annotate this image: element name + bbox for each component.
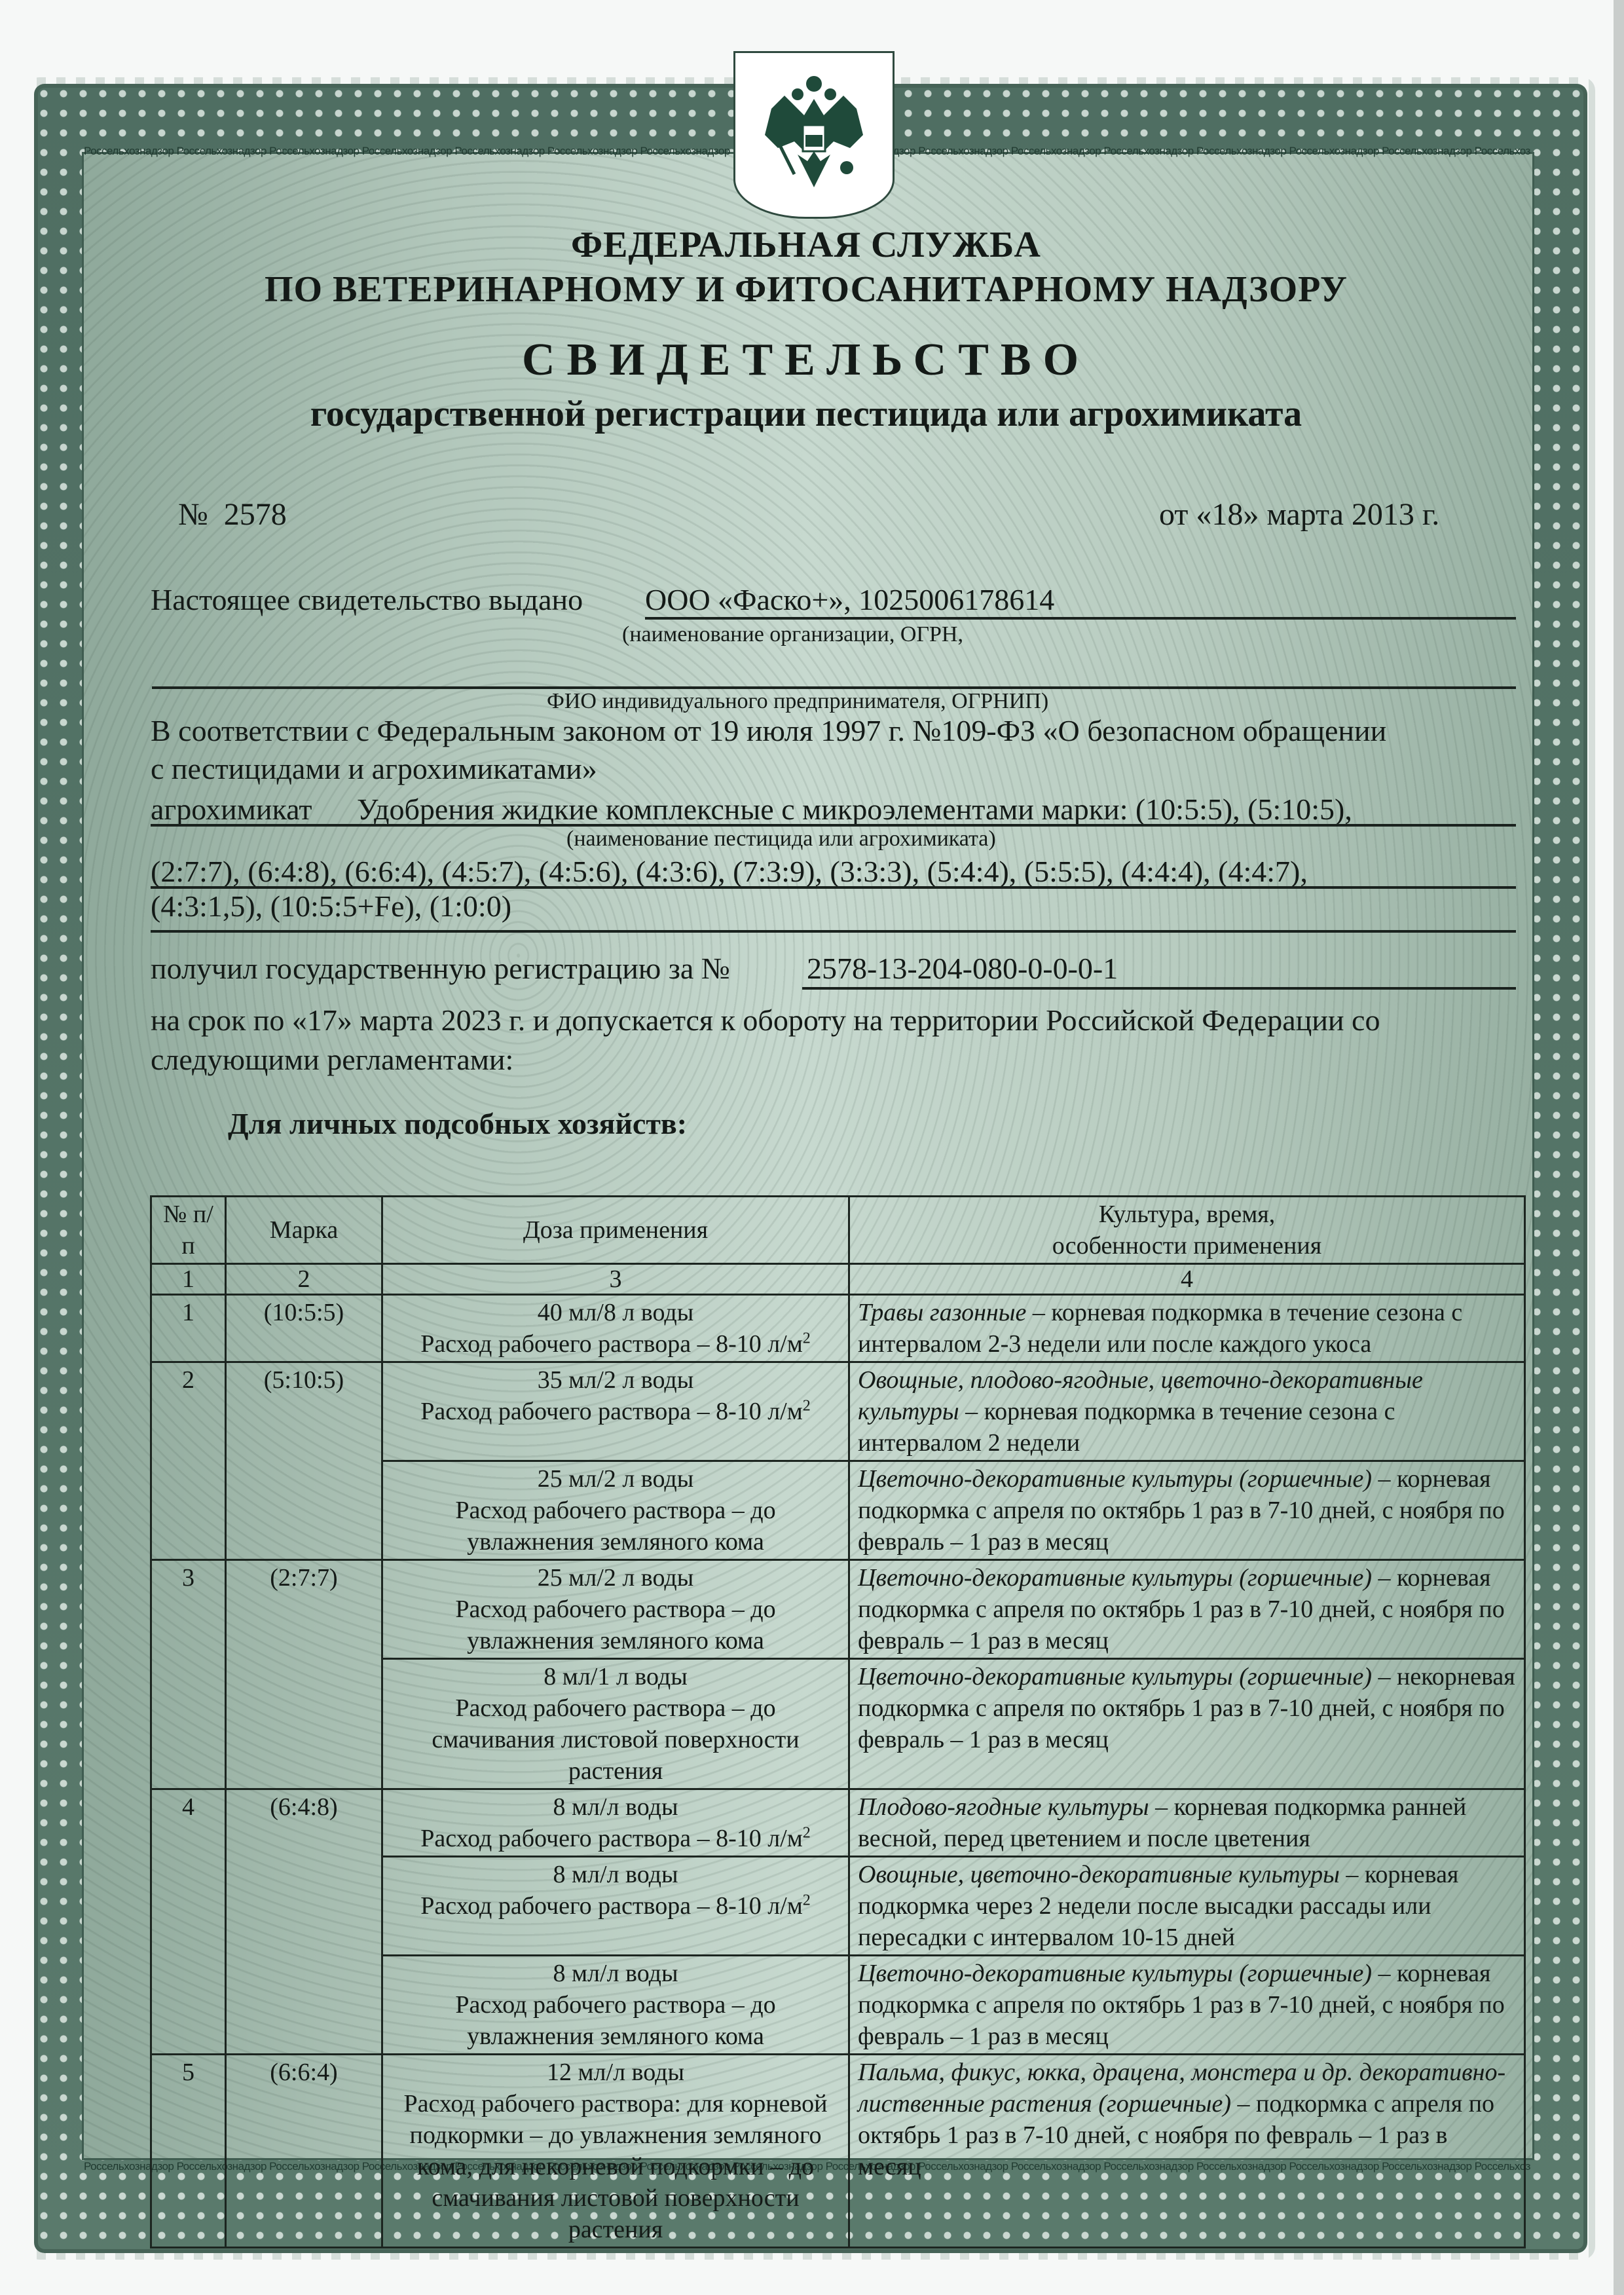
term-line-2: следующими регламентами: bbox=[151, 1043, 513, 1077]
header-num: № п/п bbox=[151, 1197, 226, 1264]
table-row: 5 (6:6:4) 12 мл/л водыРасход рабочего ра… bbox=[151, 2055, 1525, 2248]
issued-caption-2: ФИО индивидуального предпринимателя, ОГР… bbox=[547, 689, 1048, 714]
table-index-row: 1 2 3 4 bbox=[151, 1264, 1525, 1295]
law-line-1: В соответствии с Федеральным законом от … bbox=[151, 714, 1386, 748]
service-name: ФЕДЕРАЛЬНАЯ СЛУЖБА ПО ВЕТЕРИНАРНОМУ И ФИ… bbox=[82, 223, 1530, 312]
table-row: 1 (10:5:5) 40 мл/8 л водыРасход рабочего… bbox=[151, 1295, 1525, 1362]
service-line-2: ПО ВЕТЕРИНАРНОМУ И ФИТОСАНИТАРНОМУ НАДЗО… bbox=[82, 267, 1530, 312]
registration-label: получил государственную регистрацию за № bbox=[151, 952, 730, 986]
product-underline-3 bbox=[151, 930, 1516, 933]
certificate-number: № 2578 bbox=[178, 498, 287, 532]
product-type: агрохимикат bbox=[151, 793, 312, 827]
issued-caption-1: (наименование организации, ОГРН, bbox=[622, 622, 963, 647]
table-header-row: № п/п Марка Доза применения Культура, вр… bbox=[151, 1197, 1525, 1264]
issued-label: Настоящее свидетельство выдано bbox=[151, 583, 583, 617]
product-underline-2 bbox=[151, 886, 1516, 889]
table-row: 3 (2:7:7) 25 мл/2 л водыРасход рабочего … bbox=[151, 1560, 1525, 1659]
scan-edge bbox=[1614, 0, 1624, 2295]
product-caption: (наименование пестицида или агрохимиката… bbox=[566, 827, 996, 851]
certificate-date: от «18» марта 2013 г. bbox=[1159, 498, 1439, 532]
document-title: СВИДЕТЕЛЬСТВО bbox=[82, 334, 1530, 386]
regulations-table: № п/п Марка Доза применения Культура, вр… bbox=[150, 1195, 1526, 2248]
document-subtitle: государственной регистрации пестицида ил… bbox=[82, 393, 1530, 435]
issued-to-underline bbox=[645, 617, 1516, 620]
law-line-2: с пестицидами и агрохимикатами» bbox=[151, 752, 597, 786]
header-dose: Доза применения bbox=[382, 1197, 849, 1264]
header-mark: Марка bbox=[226, 1197, 382, 1264]
registration-underline bbox=[802, 987, 1516, 990]
double-headed-eagle-icon bbox=[758, 69, 870, 200]
product-line-3: (4:3:1,5), (10:5:5+Fe), (1:0:0) bbox=[151, 889, 511, 924]
coat-of-arms-icon bbox=[733, 51, 895, 219]
term-line-1: на срок по «17» марта 2023 г. и допускае… bbox=[151, 1003, 1380, 1037]
section-title: Для личных подсобных хозяйств: bbox=[228, 1107, 687, 1141]
table-row: 4 (6:4:8) 8 мл/л водыРасход рабочего рас… bbox=[151, 1789, 1525, 1857]
issued-to-value: ООО «Фаско+», 1025006178614 bbox=[645, 583, 1054, 617]
table-row: 2 (5:10:5) 35 мл/2 л водыРасход рабочего… bbox=[151, 1362, 1525, 1461]
header-use: Культура, время, особенности применения bbox=[849, 1197, 1525, 1264]
product-line-1: Удобрения жидкие комплексные с микроэлем… bbox=[357, 793, 1352, 827]
product-line-2: (2:7:7), (6:4:8), (6:6:4), (4:5:7), (4:5… bbox=[151, 855, 1308, 889]
service-line-1: ФЕДЕРАЛЬНАЯ СЛУЖБА bbox=[82, 223, 1530, 267]
registration-number: 2578-13-204-080-0-0-0-1 bbox=[807, 952, 1118, 986]
